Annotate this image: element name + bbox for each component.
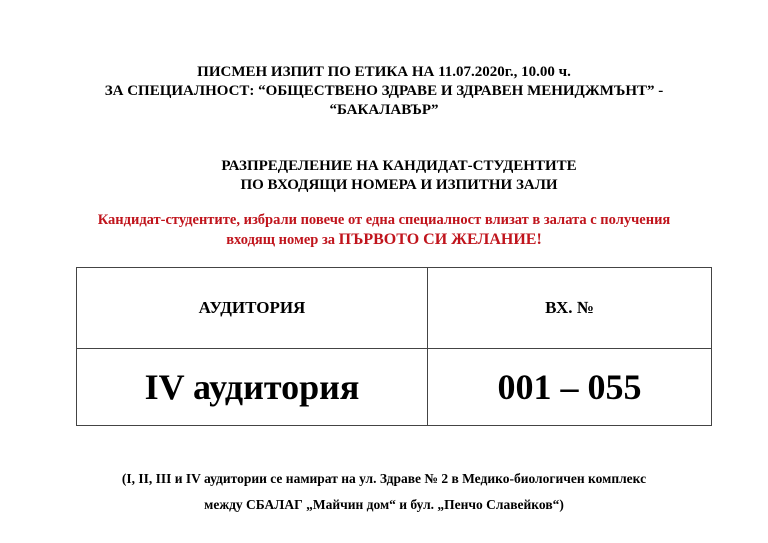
hall-assignment-table: АУДИТОРИЯ ВХ. № IV аудитория 001 – 055 xyxy=(76,267,712,426)
header-auditorium: АУДИТОРИЯ xyxy=(77,268,428,349)
notice-line-2-prefix: входящ номер за xyxy=(226,232,338,248)
notice-line-2: входящ номер за ПЪРВОТО СИ ЖЕЛАНИЕ! xyxy=(0,230,768,250)
subtitle-line-2: ПО ВХОДЯЩИ НОМЕРА И ИЗПИТНИ ЗАЛИ xyxy=(30,175,768,194)
table-header-row: АУДИТОРИЯ ВХ. № xyxy=(77,268,712,349)
notice-emphasis: ПЪРВОТО СИ ЖЕЛАНИЕ! xyxy=(339,231,542,248)
header-incoming-number: ВХ. № xyxy=(428,268,712,349)
exam-title-line-1: ПИСМЕН ИЗПИТ ПО ЕТИКА НА 11.07.2020г., 1… xyxy=(0,62,768,81)
table-row: IV аудитория 001 – 055 xyxy=(77,349,712,426)
location-note-line-2: между СБАЛАГ „Майчин дом“ и бул. „Пенчо … xyxy=(0,492,768,518)
location-note-line-1: (I, II, III и IV аудитории се намират на… xyxy=(0,466,768,492)
location-note: (I, II, III и IV аудитории се намират на… xyxy=(0,466,768,518)
distribution-subtitle: РАЗПРЕДЕЛЕНИЕ НА КАНДИДАТ-СТУДЕНТИТЕ ПО … xyxy=(0,156,768,194)
exam-title: ПИСМЕН ИЗПИТ ПО ЕТИКА НА 11.07.2020г., 1… xyxy=(0,62,768,119)
exam-title-line-3: “БАКАЛАВЪР” xyxy=(0,100,768,119)
cell-number-range: 001 – 055 xyxy=(428,349,712,426)
exam-title-line-2: ЗА СПЕЦИАЛНОСТ: “ОБЩЕСТВЕНО ЗДРАВЕ И ЗДР… xyxy=(0,81,768,100)
subtitle-line-1: РАЗПРЕДЕЛЕНИЕ НА КАНДИДАТ-СТУДЕНТИТЕ xyxy=(30,156,768,175)
cell-auditorium: IV аудитория xyxy=(77,349,428,426)
first-choice-notice: Кандидат-студентите, избрали повече от е… xyxy=(0,211,768,250)
notice-line-1: Кандидат-студентите, избрали повече от е… xyxy=(0,211,768,230)
